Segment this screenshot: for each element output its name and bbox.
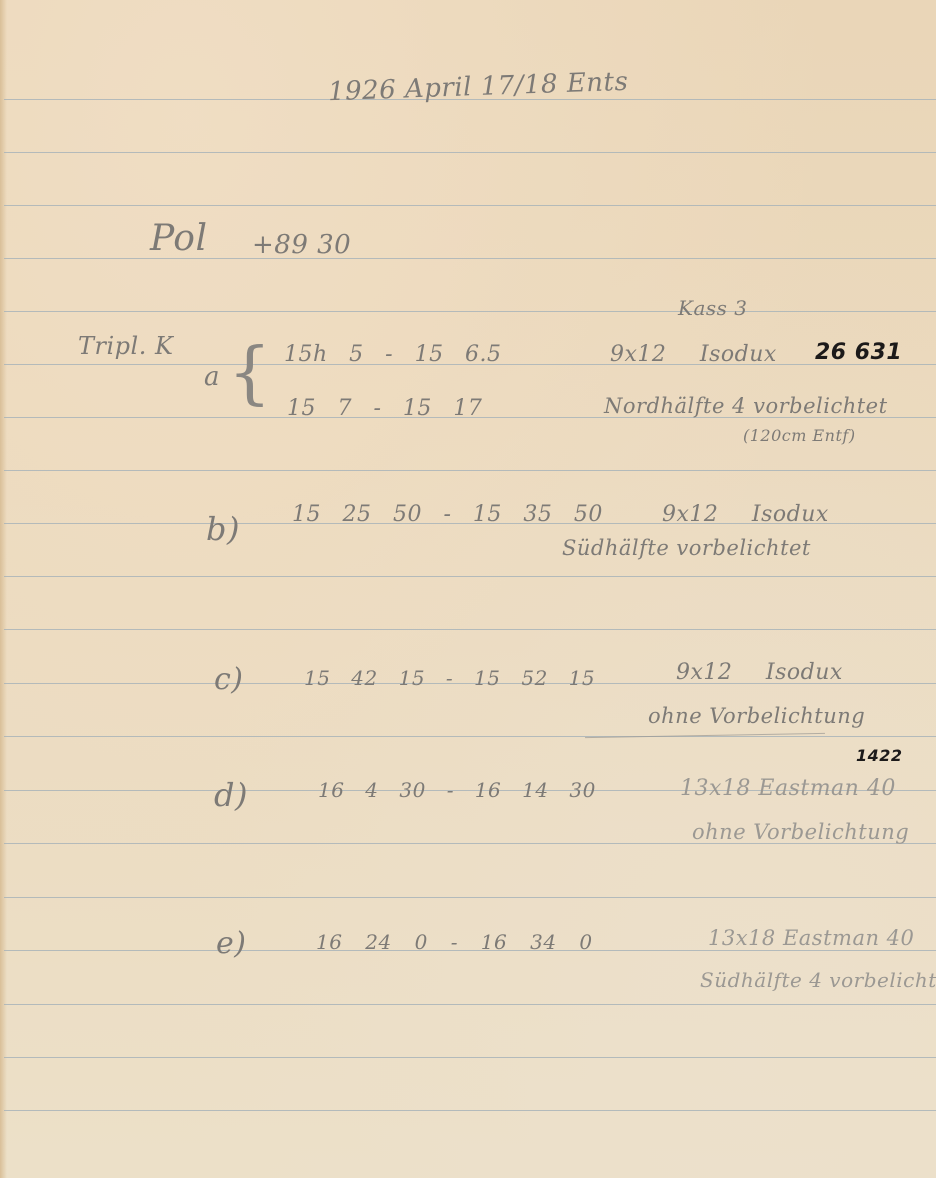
object-declination: +89 30 — [252, 230, 351, 260]
entry-a-plate: 9x12 Isodux — [610, 342, 777, 367]
entry-b-letter: b) — [206, 510, 240, 548]
ruled-line — [4, 1004, 936, 1005]
ruled-line — [4, 1057, 936, 1058]
entry-a-note: Nordhälfte 4 vorbelichtet — [604, 394, 888, 418]
entry-d-time: 16 4 30 - 16 14 30 — [318, 778, 596, 802]
entry-e-letter: e) — [216, 926, 246, 961]
cassette-label: Kass 3 — [678, 296, 747, 320]
entry-d-plate: 13x18 Eastman 40 — [680, 776, 896, 801]
ruled-line — [4, 152, 936, 153]
entry-c-note: ohne Vorbelichtung — [648, 704, 865, 728]
entry-c-letter: c) — [214, 662, 244, 697]
ruled-line — [4, 1110, 936, 1111]
ruled-line — [4, 736, 936, 737]
ruled-line — [4, 311, 936, 312]
entry-e-plate: 13x18 Eastman 40 — [708, 926, 914, 950]
ruled-line — [4, 258, 936, 259]
entry-b-note: Südhälfte vorbelichtet — [562, 536, 811, 560]
ruled-line — [4, 470, 936, 471]
entry-b-time: 15 25 50 - 15 35 50 — [292, 502, 603, 527]
notebook-page: 1926 April 17/18 Ents Pol +89 30 Kass 3 … — [0, 0, 936, 1178]
entry-d-letter: d) — [214, 776, 248, 814]
entry-b-plate: 9x12 Isodux — [662, 502, 829, 527]
entry-a-plate-number: 26 631 — [815, 340, 902, 365]
entry-a-time-2: 15 7 - 15 17 — [287, 396, 482, 421]
entry-c-plate: 9x12 Isodux — [676, 660, 843, 685]
object-name: Pol — [150, 218, 207, 259]
entry-a-time-1: 15h 5 - 15 6.5 — [284, 342, 502, 367]
ruled-line — [4, 576, 936, 577]
entry-a-brace: { — [228, 340, 271, 408]
entry-c-time: 15 42 15 - 15 52 15 — [304, 666, 595, 690]
entry-a-note-2: (120cm Entf) — [743, 426, 856, 445]
instrument-label: Tripl. K — [78, 332, 173, 360]
ruled-line — [4, 205, 936, 206]
date-header: 1926 April 17/18 Ents — [328, 67, 629, 107]
ruled-line — [4, 897, 936, 898]
page-binding-edge — [0, 0, 7, 1178]
entry-d-note: ohne Vorbelichtung — [692, 820, 909, 844]
entry-e-time: 16 24 0 - 16 34 0 — [316, 930, 593, 954]
entry-a-letter: a — [204, 362, 220, 392]
entry-e-note: Südhälfte 4 vorbelichtet — [700, 968, 936, 992]
entry-d-plate-number: 1422 — [856, 746, 903, 765]
ruled-line — [4, 629, 936, 630]
